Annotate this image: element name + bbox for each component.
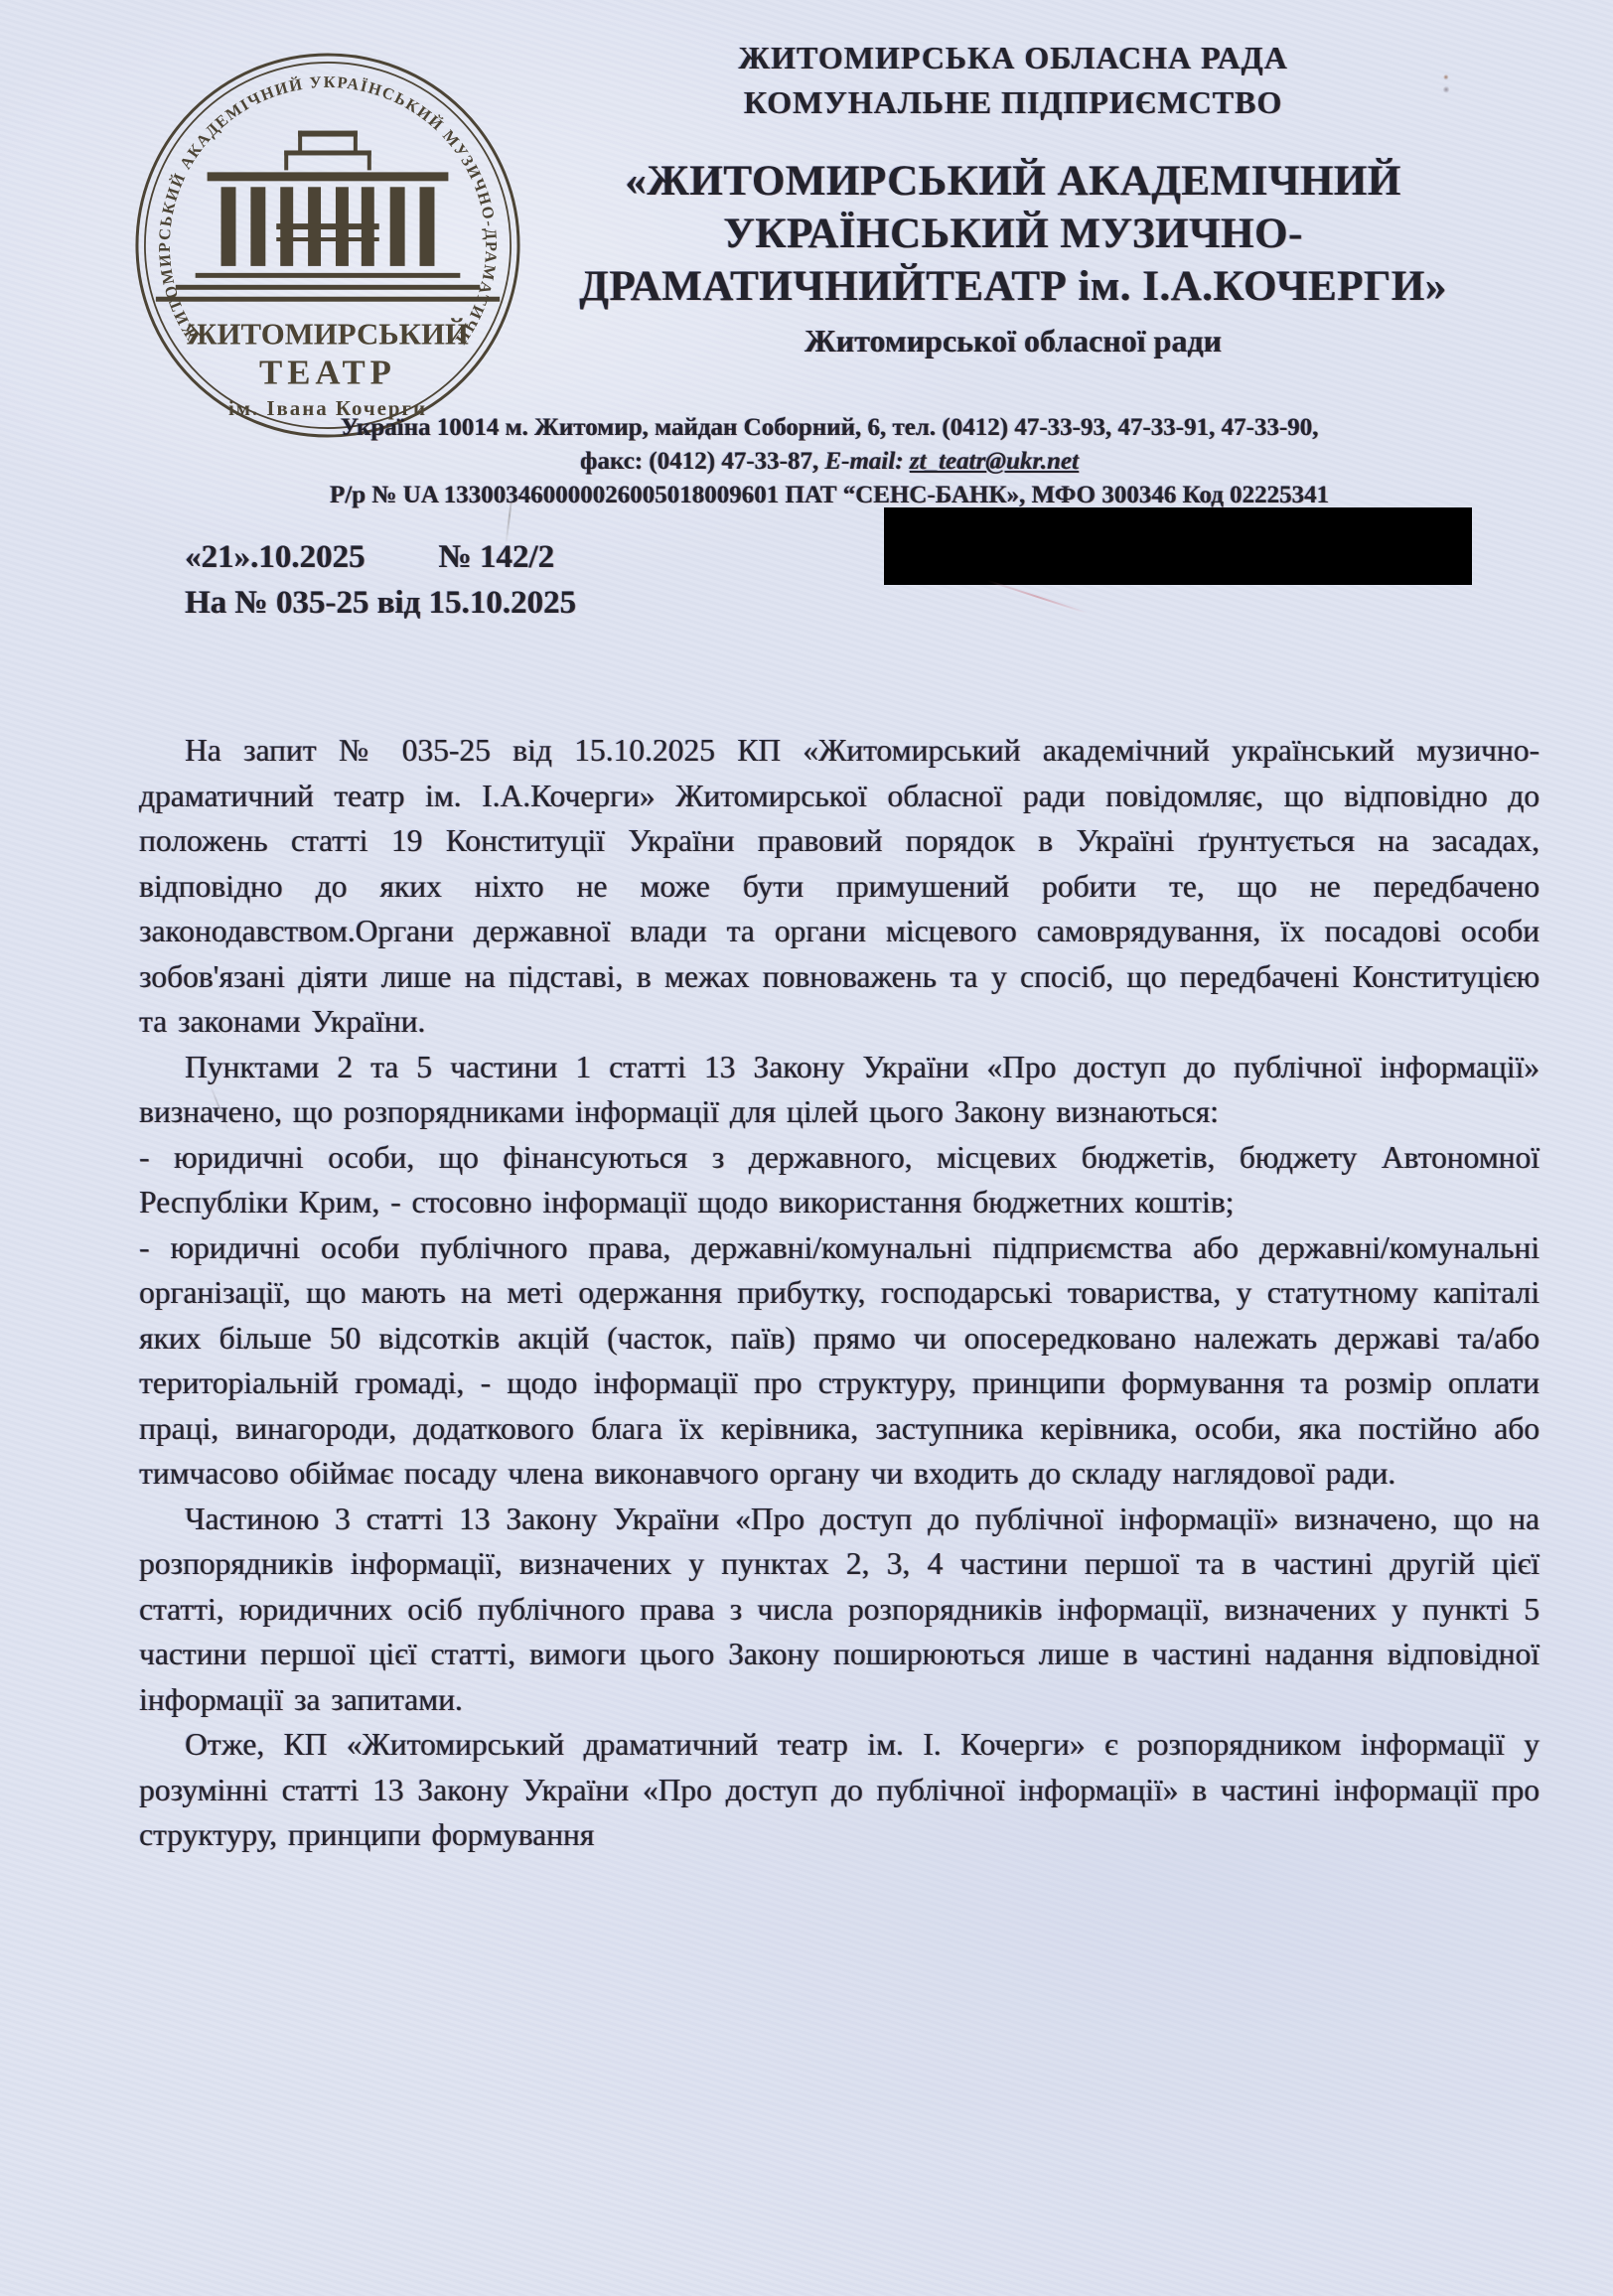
org-name-council: ЖИТОМИРСЬКА ОБЛАСНА РАДА <box>427 40 1599 76</box>
scanned-letter-page: ЖИТОМИРСЬКИЙ АКАДЕМІЧНИЙ УКРАЇНСЬКИЙ МУЗ… <box>0 0 1613 2296</box>
letter-body: На запит № 035-25 від 15.10.2025 КП «Жит… <box>139 728 1540 1858</box>
seal-center-line2: ТЕАТР <box>259 353 396 391</box>
contact-info: Україна 10014 м. Житомир, майдан Соборни… <box>109 411 1549 512</box>
org-type: КОМУНАЛЬНЕ ПІДПРИЄМСТВО <box>427 84 1599 121</box>
fax-text: факс: (0412) 47-33-87, <box>580 448 818 475</box>
email-label: E-mail: <box>824 448 903 475</box>
org-title-line3: ДРАМАТИЧНИЙТЕАТР ім. І.А.КОЧЕРГИ» <box>427 260 1599 313</box>
letter-number: № 142/2 <box>439 539 555 575</box>
outgoing-reference-line: «21».10.2025№ 142/2 <box>185 534 576 580</box>
contact-fax-email-line: факс: (0412) 47-33-87, E-mail: zt_teatr@… <box>109 445 1549 479</box>
body-paragraph: Отже, КП «Житомирський драматичний театр… <box>139 1722 1540 1858</box>
body-paragraph: На запит № 035-25 від 15.10.2025 КП «Жит… <box>139 728 1540 1045</box>
letterhead: ЖИТОМИРСЬКА ОБЛАСНА РАДА КОМУНАЛЬНЕ ПІДП… <box>427 40 1599 359</box>
email-address: zt_teatr@ukr.net <box>910 448 1079 475</box>
reply-reference-line: На № 035-25 від 15.10.2025 <box>185 580 576 626</box>
body-paragraph: - юридичні особи публічного права, держа… <box>139 1225 1540 1497</box>
redaction-box <box>884 507 1472 585</box>
org-title-line2: УКРАЇНСЬКИЙ МУЗИЧНО- <box>427 208 1599 260</box>
body-paragraph: - юридичні особи, що фінансуються з держ… <box>139 1135 1540 1225</box>
org-subtitle: Житомирської обласної ради <box>427 323 1599 359</box>
contact-address-line: Україна 10014 м. Житомир, майдан Соборни… <box>109 411 1549 445</box>
body-paragraph: Частиною 3 статті 13 Закону України «Про… <box>139 1497 1540 1723</box>
body-paragraph: Пунктами 2 та 5 частини 1 статті 13 Зако… <box>139 1045 1540 1135</box>
reference-block: «21».10.2025№ 142/2 На № 035-25 від 15.1… <box>185 534 576 626</box>
letter-date: «21».10.2025 <box>185 539 366 575</box>
org-title-line1: «ЖИТОМИРСЬКИЙ АКАДЕМІЧНИЙ <box>427 155 1599 208</box>
